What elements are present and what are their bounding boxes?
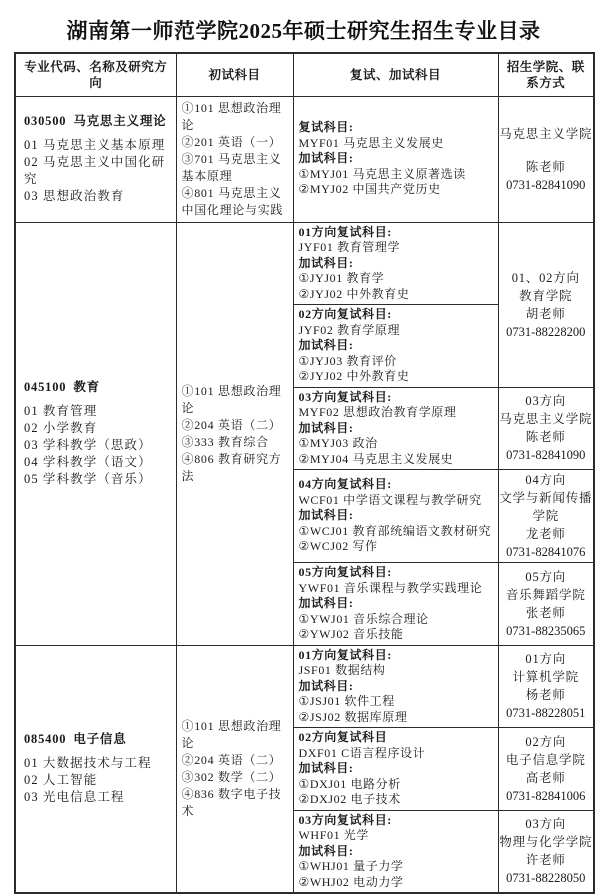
retest-cell: 01方向复试科目: JYF01 教育管理学 加试科目: ①JYJ01 教育学 ②…	[293, 222, 498, 305]
retest-subject: JYF02 教育学原理	[299, 323, 497, 339]
admissions-catalog-table: 专业代码、名称及研究方向 初试科目 复试、加试科目 招生学院、联系方式 0305…	[14, 52, 595, 894]
contact-phone: 0731-82841090	[499, 446, 594, 464]
contact-phone: 0731-82841006	[499, 787, 594, 805]
retest-cell: 02方向复试科目: JYF02 教育学原理 加试科目: ①JYJ03 教育评价 …	[293, 305, 498, 388]
direction-item: 03 光电信息工程	[24, 789, 173, 806]
contact-direction: 01方向	[499, 650, 594, 668]
additional-test-subject: ①MYJ03 政治	[299, 436, 497, 452]
additional-test-subject: ①MYJ01 马克思主义原著选读	[299, 167, 497, 183]
retest-cell: 03方向复试科目: MYF02 思想政治教育学原理 加试科目: ①MYJ03 政…	[293, 387, 498, 470]
spacer	[499, 143, 594, 158]
contact-direction: 01、02方向	[499, 269, 594, 287]
contact-college: 物理与化学学院	[499, 833, 594, 851]
page-title: 湖南第一师范学院2025年硕士研究生招生专业目录	[0, 15, 607, 45]
direction-item: 04 学科教学（语文）	[24, 454, 173, 471]
program-code: 045100	[24, 380, 66, 394]
contact-cell: 03方向 马克思主义学院 陈老师 0731-82841090	[498, 387, 594, 470]
contact-cell: 马克思主义学院 陈老师 0731-82841090	[498, 96, 594, 222]
retest-heading: 02方向复试科目	[299, 730, 497, 746]
additional-test-heading: 加试科目:	[299, 508, 497, 524]
contact-teacher: 张老师	[499, 604, 594, 622]
initial-subject-item: ①101 思想政治理论	[182, 718, 292, 752]
program-code: 085400	[24, 732, 66, 746]
contact-phone: 0731-88228051	[499, 704, 594, 722]
contact-teacher: 陈老师	[499, 428, 594, 446]
additional-test-heading: 加试科目:	[299, 256, 497, 272]
program-code-name: 085400电子信息	[24, 731, 173, 748]
contact-teacher: 龙老师	[499, 525, 594, 543]
retest-subject: MYF01 马克思主义发展史	[299, 136, 497, 152]
retest-cell: 01方向复试科目: JSF01 数据结构 加试科目: ①JSJ01 软件工程 ②…	[293, 645, 498, 728]
additional-test-heading: 加试科目:	[299, 338, 497, 354]
retest-cell: 02方向复试科目 DXF01 C语言程序设计 加试科目: ①DXJ01 电路分析…	[293, 728, 498, 811]
contact-teacher: 陈老师	[499, 158, 594, 176]
initial-subject-item: ①101 思想政治理论	[182, 100, 292, 134]
additional-test-subject: ①JYJ03 教育评价	[299, 354, 497, 370]
retest-heading: 01方向复试科目:	[299, 648, 497, 664]
initial-subjects-cell: ①101 思想政治理论 ②201 英语（一） ③701 马克思主义基本原理 ④8…	[176, 96, 293, 222]
retest-subject: WCF01 中学语文课程与教学研究	[299, 493, 497, 509]
retest-subject: JYF01 教育管理学	[299, 240, 497, 256]
program-code-name: 030500马克思主义理论	[24, 113, 173, 130]
program-code-name: 045100教育	[24, 379, 173, 396]
additional-test-heading: 加试科目:	[299, 679, 497, 695]
additional-test-subject: ①JYJ01 教育学	[299, 271, 497, 287]
col-header-college-contact: 招生学院、联系方式	[498, 53, 594, 96]
retest-cell: 05方向复试科目: YWF01 音乐课程与教学实践理论 加试科目: ①YWJ01…	[293, 563, 498, 646]
direction-item: 01 大数据技术与工程	[24, 755, 173, 772]
additional-test-heading: 加试科目:	[299, 421, 497, 437]
additional-test-subject: ②JYJ02 中外教育史	[299, 287, 497, 303]
retest-subject: JSF01 数据结构	[299, 663, 497, 679]
retest-heading: 02方向复试科目:	[299, 307, 497, 323]
additional-test-subject: ②DXJ02 电子技术	[299, 792, 497, 808]
retest-subject: DXF01 C语言程序设计	[299, 746, 497, 762]
additional-test-heading: 加试科目:	[299, 844, 497, 860]
program-cell-045100: 045100教育 01 教育管理 02 小学教育 03 学科教学（思政） 04 …	[15, 222, 176, 645]
contact-college: 教育学院	[499, 287, 594, 305]
additional-test-subject: ②JSJ02 数据库原理	[299, 710, 497, 726]
contact-college: 文学与新闻传播学院	[499, 489, 594, 525]
additional-test-subject: ②JYJ02 中外教育史	[299, 369, 497, 385]
col-header-initial-subjects: 初试科目	[176, 53, 293, 96]
direction-item: 01 马克思主义基本原理	[24, 137, 173, 154]
contact-teacher: 杨老师	[499, 686, 594, 704]
program-cell-085400: 085400电子信息 01 大数据技术与工程 02 人工智能 03 光电信息工程	[15, 645, 176, 893]
initial-subject-item: ③701 马克思主义基本原理	[182, 151, 292, 185]
initial-subject-item: ④806 教育研究方法	[182, 451, 292, 485]
contact-direction: 03方向	[499, 392, 594, 410]
additional-test-subject: ②YWJ02 音乐技能	[299, 627, 497, 643]
contact-teacher: 许老师	[499, 851, 594, 869]
contact-direction: 03方向	[499, 815, 594, 833]
direction-item: 01 教育管理	[24, 403, 173, 420]
direction-item: 03 思想政治教育	[24, 188, 173, 205]
contact-college: 计算机学院	[499, 668, 594, 686]
table-header-row: 专业代码、名称及研究方向 初试科目 复试、加试科目 招生学院、联系方式	[15, 53, 594, 96]
program-name: 马克思主义理论	[73, 114, 166, 128]
additional-test-subject: ①WHJ01 量子力学	[299, 859, 497, 875]
retest-subject: MYF02 思想政治教育学原理	[299, 405, 497, 421]
col-header-program: 专业代码、名称及研究方向	[15, 53, 176, 96]
additional-test-heading: 加试科目:	[299, 596, 497, 612]
additional-test-subject: ①JSJ01 软件工程	[299, 694, 497, 710]
direction-item: 02 人工智能	[24, 772, 173, 789]
contact-college: 电子信息学院	[499, 751, 594, 769]
additional-test-subject: ①WCJ01 教育部统编语文教材研究	[299, 524, 497, 540]
retest-heading: 04方向复试科目:	[299, 477, 497, 493]
retest-heading: 03方向复试科目:	[299, 390, 497, 406]
initial-subject-item: ③302 数学（二）	[182, 769, 292, 786]
initial-subject-item: ①101 思想政治理论	[182, 383, 292, 417]
contact-phone: 0731-88235065	[499, 622, 594, 640]
retest-cell: 04方向复试科目: WCF01 中学语文课程与教学研究 加试科目: ①WCJ01…	[293, 470, 498, 563]
col-header-retest-subjects: 复试、加试科目	[293, 53, 498, 96]
program-cell-030500: 030500马克思主义理论 01 马克思主义基本原理 02 马克思主义中国化研究…	[15, 96, 176, 222]
retest-cell: 复试科目: MYF01 马克思主义发展史 加试科目: ①MYJ01 马克思主义原…	[293, 96, 498, 222]
contact-direction: 02方向	[499, 733, 594, 751]
retest-cell: 03方向复试科目: WHF01 光学 加试科目: ①WHJ01 量子力学 ②WH…	[293, 810, 498, 893]
document-page: 湖南第一师范学院2025年硕士研究生招生专业目录 专业代码、名称及研究方向 初试…	[0, 0, 607, 801]
contact-college: 马克思主义学院	[499, 125, 594, 143]
retest-subject: WHF01 光学	[299, 828, 497, 844]
additional-test-subject: ①DXJ01 电路分析	[299, 777, 497, 793]
table-row: 045100教育 01 教育管理 02 小学教育 03 学科教学（思政） 04 …	[15, 222, 594, 305]
contact-phone: 0731-88228050	[499, 869, 594, 887]
contact-phone: 0731-82841076	[499, 543, 594, 561]
program-code: 030500	[24, 114, 66, 128]
table-row: 085400电子信息 01 大数据技术与工程 02 人工智能 03 光电信息工程…	[15, 645, 594, 728]
initial-subjects-cell: ①101 思想政治理论 ②204 英语（二） ③333 教育综合 ④806 教育…	[176, 222, 293, 645]
additional-test-subject: ①YWJ01 音乐综合理论	[299, 612, 497, 628]
additional-test-subject: ②WCJ02 写作	[299, 539, 497, 555]
initial-subject-item: ④801 马克思主义中国化理论与实践	[182, 185, 292, 219]
direction-item: 03 学科教学（思政）	[24, 437, 173, 454]
contact-teacher: 高老师	[499, 769, 594, 787]
table-row: 030500马克思主义理论 01 马克思主义基本原理 02 马克思主义中国化研究…	[15, 96, 594, 222]
retest-heading: 01方向复试科目:	[299, 225, 497, 241]
contact-cell: 01、02方向 教育学院 胡老师 0731-88228200	[498, 222, 594, 387]
direction-item: 05 学科教学（音乐）	[24, 471, 173, 488]
contact-college: 音乐舞蹈学院	[499, 586, 594, 604]
direction-item: 02 马克思主义中国化研究	[24, 154, 173, 188]
retest-heading: 复试科目:	[299, 120, 497, 136]
retest-subject: YWF01 音乐课程与教学实践理论	[299, 581, 497, 597]
contact-direction: 05方向	[499, 568, 594, 586]
retest-heading: 03方向复试科目:	[299, 813, 497, 829]
contact-cell: 05方向 音乐舞蹈学院 张老师 0731-88235065	[498, 563, 594, 646]
contact-cell: 04方向 文学与新闻传播学院 龙老师 0731-82841076	[498, 470, 594, 563]
contact-teacher: 胡老师	[499, 305, 594, 323]
contact-college: 马克思主义学院	[499, 410, 594, 428]
initial-subject-item: ②201 英语（一）	[182, 134, 292, 151]
contact-phone: 0731-82841090	[499, 176, 594, 194]
initial-subject-item: ③333 教育综合	[182, 434, 292, 451]
additional-test-subject: ②WHJ02 电动力学	[299, 875, 497, 891]
contact-phone: 0731-88228200	[499, 323, 594, 341]
initial-subject-item: ④836 数字电子技术	[182, 786, 292, 820]
direction-item: 02 小学教育	[24, 420, 173, 437]
program-name: 教育	[73, 380, 100, 394]
additional-test-subject: ②MYJ02 中国共产党历史	[299, 182, 497, 198]
additional-test-subject: ②MYJ04 马克思主义发展史	[299, 452, 497, 468]
contact-direction: 04方向	[499, 471, 594, 489]
contact-cell: 03方向 物理与化学学院 许老师 0731-88228050	[498, 810, 594, 893]
contact-cell: 02方向 电子信息学院 高老师 0731-82841006	[498, 728, 594, 811]
initial-subject-item: ②204 英语（二）	[182, 417, 292, 434]
additional-test-heading: 加试科目:	[299, 761, 497, 777]
contact-cell: 01方向 计算机学院 杨老师 0731-88228051	[498, 645, 594, 728]
retest-heading: 05方向复试科目:	[299, 565, 497, 581]
initial-subjects-cell: ①101 思想政治理论 ②204 英语（二） ③302 数学（二） ④836 数…	[176, 645, 293, 893]
initial-subject-item: ②204 英语（二）	[182, 752, 292, 769]
program-name: 电子信息	[73, 732, 126, 746]
additional-test-heading: 加试科目:	[299, 151, 497, 167]
